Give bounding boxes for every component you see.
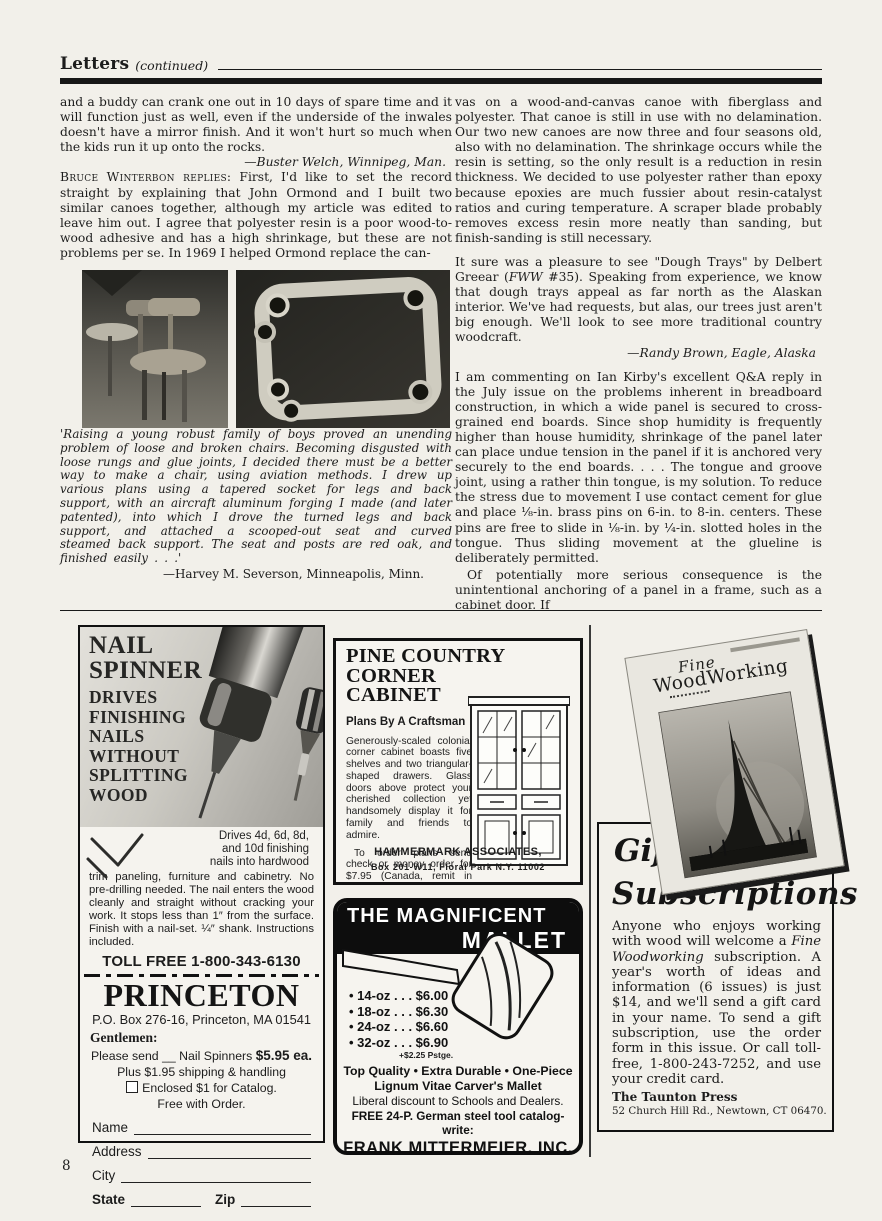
publisher-address: 52 Church Hill Rd., Newtown, CT 06470. xyxy=(612,1105,827,1117)
section-continued-label: (continued) xyxy=(135,58,208,74)
letter-paragraph: I am commenting on Ian Kirby's excellent… xyxy=(455,370,822,566)
pine-country-ad: PINE COUNTRY CORNER CABINET xyxy=(333,638,583,885)
mallet-ad: THE MAGNIFICENT MALLET • 14-oz . . . $6.… xyxy=(333,898,583,1155)
page-number: 8 xyxy=(62,1158,71,1174)
order-form: Name Address City StateZip xyxy=(92,1120,311,1207)
hammermark-company: HAMMERMARK ASSOCIATES, xyxy=(336,846,580,858)
letter-paragraph: It sure was a pleasure to see "Dough Tra… xyxy=(455,255,822,346)
name-field[interactable] xyxy=(134,1122,311,1135)
magazine-abbr: FWW xyxy=(509,270,543,284)
city-field[interactable] xyxy=(121,1170,311,1183)
mallet-price-list: • 14-oz . . . $6.00 • 18-oz . . . $6.30 … xyxy=(349,988,469,1050)
mittermeier-company: FRANK MITTERMEIER, INC. xyxy=(337,1139,579,1155)
chairs-photo xyxy=(82,270,228,428)
header-thick-rule xyxy=(60,78,822,84)
reply-lead: Bruce Winterbon replies: xyxy=(60,170,231,184)
letter-paragraph: and a buddy can crank one out in 10 days… xyxy=(60,95,452,155)
state-label: State xyxy=(92,1192,125,1207)
letter-signature: —Buster Welch, Winnipeg, Man. xyxy=(60,155,452,170)
letters-column-right: vas on a wood-and-canvas canoe with fibe… xyxy=(455,95,822,613)
state-field[interactable] xyxy=(131,1194,201,1207)
column-divider-rule xyxy=(589,625,591,1157)
quality-line: Top Quality • Extra Durable • One-Piece xyxy=(337,1064,579,1078)
order-line: Please send __ Nail Spinners $5.95 ea. xyxy=(80,1048,323,1063)
mallet-headline: THE MAGNIFICENT xyxy=(347,905,546,928)
viking-ship-photo xyxy=(658,691,817,882)
hammermark-address: Box 201-W11, Floral Park N.Y. 11002 xyxy=(336,862,580,872)
photo-caption: 'Raising a young robust family of boys p… xyxy=(60,428,452,566)
shipping-line: Plus $1.95 shipping & handling xyxy=(80,1065,323,1079)
drill-photo: NAIL SPINNER DRIVES FINISHING NAILS WITH… xyxy=(80,627,323,827)
princeton-logo: PRINCETON xyxy=(80,979,323,1011)
salutation: Gentlemen: xyxy=(90,1030,323,1046)
mallet-ad-header: THE MAGNIFICENT MALLET xyxy=(337,902,579,954)
zip-field[interactable] xyxy=(241,1194,311,1207)
letter-paragraph: Bruce Winterbon replies: First, I'd like… xyxy=(60,170,452,261)
princeton-address: P.O. Box 276-16, Princeton, MA 01541 xyxy=(80,1012,323,1027)
product-line: Lignum Vitae Carver's Mallet xyxy=(337,1079,579,1093)
ads-top-rule xyxy=(60,610,822,611)
aluminum-forging-photo xyxy=(236,270,450,428)
letter-photos xyxy=(82,270,452,428)
header-thin-rule xyxy=(218,69,822,70)
price: $5.95 ea. xyxy=(256,1048,312,1063)
address-label: Address xyxy=(92,1144,142,1159)
finishing-nails-icon xyxy=(84,825,164,886)
caption-signature: —Harvey M. Severson, Minneapolis, Minn. xyxy=(60,567,452,582)
section-title: Letters xyxy=(60,54,129,74)
letter-paragraph: vas on a wood-and-canvas canoe with fibe… xyxy=(455,95,822,246)
zip-label: Zip xyxy=(215,1192,235,1207)
letters-column-left: and a buddy can crank one out in 10 days… xyxy=(60,95,452,582)
discount-line: Liberal discount to Schools and Dealers. xyxy=(337,1094,579,1108)
gift-body-text: Anyone who enjoys working with wood will… xyxy=(612,919,821,1087)
free-line: Free with Order. xyxy=(80,1097,323,1111)
magazine-page: Letters (continued) and a buddy can cran… xyxy=(0,0,882,1221)
catalog-option: Enclosed $1 for Catalog. xyxy=(80,1081,323,1095)
postage-note: +$2.25 Pstge. xyxy=(399,1050,579,1060)
city-label: City xyxy=(92,1168,115,1183)
magazine-cover: Fine WoodWorking xyxy=(624,629,844,895)
toll-free-number: TOLL FREE 1-800-343-6130 xyxy=(80,953,323,970)
nail-spinner-headline: NAIL xyxy=(89,633,202,658)
page-header: Letters (continued) xyxy=(60,54,822,84)
letter-signature: —Randy Brown, Eagle, Alaska xyxy=(455,346,822,361)
catalog-checkbox[interactable] xyxy=(126,1081,138,1093)
address-field[interactable] xyxy=(148,1146,311,1159)
publisher-name: The Taunton Press xyxy=(612,1090,737,1104)
catalog-line: FREE 24-P. German steel tool catalog-wri… xyxy=(337,1109,579,1137)
nail-spinner-ad: NAIL SPINNER DRIVES FINISHING NAILS WITH… xyxy=(78,625,325,1143)
name-label: Name xyxy=(92,1120,128,1135)
letter-paragraph: Of potentially more serious consequence … xyxy=(455,568,822,613)
